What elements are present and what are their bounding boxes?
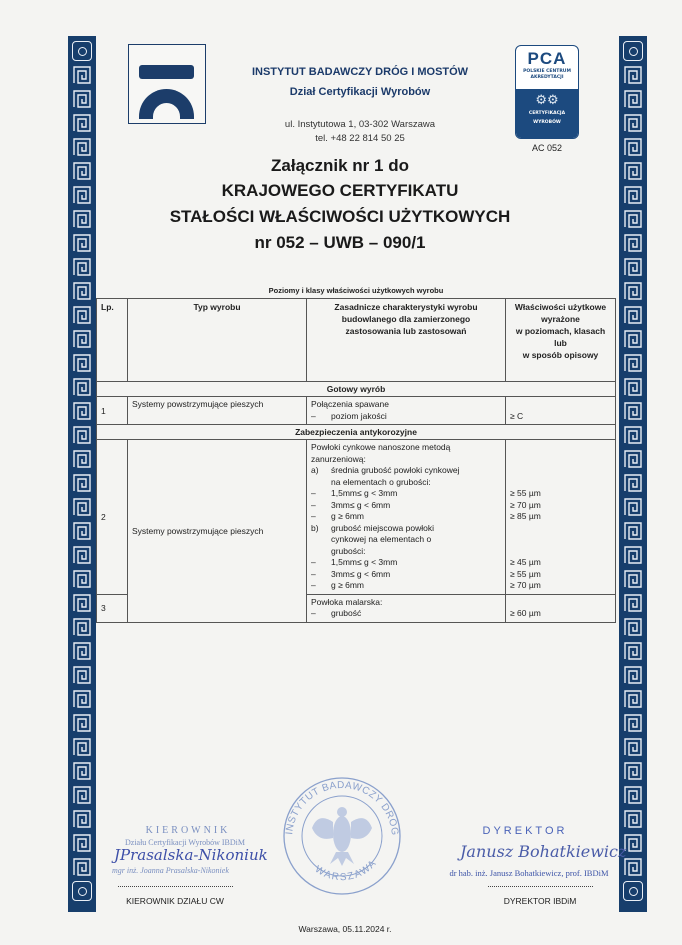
greek-key-icon — [623, 809, 643, 829]
greek-key-icon — [72, 377, 92, 397]
border-end-ornament-icon — [72, 881, 92, 901]
performance-value — [510, 465, 611, 477]
pca-logo-subtitle-2: AKREDYTACJI — [516, 75, 578, 81]
greek-key-icon — [623, 545, 643, 565]
table-section-header: Gotowy wyrób — [97, 382, 616, 397]
greek-key-icon — [623, 665, 643, 685]
greek-key-icon — [72, 305, 92, 325]
greek-key-icon — [72, 473, 92, 493]
right-signature-line — [488, 886, 593, 887]
right-stamp-name: dr hab. inż. Janusz Bohatkiewicz, prof. … — [444, 868, 614, 878]
title-line-2: KRAJOWEGO CERTYFIKATU — [130, 181, 550, 201]
greek-key-icon — [623, 305, 643, 325]
greek-key-icon — [72, 209, 92, 229]
greek-key-icon — [623, 497, 643, 517]
row-performance: ≥ C — [506, 397, 616, 425]
left-role: KIEROWNIK DZIAŁU CW — [110, 896, 240, 906]
left-signature: JPrasalska-Nikoniuk — [114, 846, 268, 864]
greek-key-icon — [72, 641, 92, 661]
greek-key-icon — [72, 737, 92, 757]
greek-key-icon — [623, 233, 643, 253]
table-caption: Poziomy i klasy właściwości użytkowych w… — [96, 286, 616, 295]
greek-key-icon — [72, 257, 92, 277]
pca-logo-lower-2: WYROBÓW — [516, 120, 578, 126]
performance-value — [510, 399, 611, 411]
performance-value: ≥ 60 µm — [510, 608, 611, 620]
greek-key-icon — [623, 473, 643, 493]
greek-key-icon — [623, 617, 643, 637]
pca-accreditation-logo: PCA POLSKIE CENTRUM AKREDYTACJI ⚙⚙ CERTY… — [515, 45, 579, 139]
row-lp: 3 — [97, 594, 128, 622]
greek-key-icon — [623, 425, 643, 445]
greek-key-icon — [72, 233, 92, 253]
greek-key-icon — [72, 593, 92, 613]
greek-key-icon — [623, 401, 643, 421]
greek-key-icon — [72, 329, 92, 349]
greek-key-icon — [72, 521, 92, 541]
greek-key-icon — [72, 857, 92, 877]
border-end-ornament-icon — [623, 881, 643, 901]
performance-value: ≥ 55 µm — [510, 569, 611, 581]
left-stamp-name: mgr inż. Joanna Prasalska-Nikoniek — [112, 866, 282, 875]
official-seal: INSTYTUT BADAWCZY DRÓG I MOSTÓW WARSZAWA — [278, 772, 406, 896]
performance-value — [510, 523, 611, 535]
logo-bar-shape — [139, 65, 194, 79]
greek-key-icon — [623, 785, 643, 805]
greek-key-icon — [623, 569, 643, 589]
title-line-3: STAŁOŚCI WŁAŚCIWOŚCI UŻYTKOWYCH — [130, 207, 550, 227]
greek-key-icon — [623, 257, 643, 277]
greek-key-icon — [623, 353, 643, 373]
performance-value — [510, 597, 611, 609]
greek-key-icon — [72, 665, 92, 685]
pca-logo-title: PCA — [516, 49, 578, 69]
border-end-ornament-icon — [72, 41, 92, 61]
greek-key-icon — [72, 137, 92, 157]
row-performance: ≥ 60 µm — [506, 594, 616, 622]
title-line-4: nr 052 – UWB – 090/1 — [130, 233, 550, 253]
greek-key-icon — [72, 89, 92, 109]
table-row: 2Systemy powstrzymujące pieszychPowłoki … — [97, 440, 616, 595]
greek-key-icon — [623, 521, 643, 541]
ibdim-logo — [128, 44, 206, 124]
decorative-border-right — [619, 36, 647, 912]
greek-key-icon — [623, 689, 643, 709]
greek-key-icon — [623, 65, 643, 85]
performance-value: ≥ 70 µm — [510, 580, 611, 592]
greek-key-icon — [623, 713, 643, 733]
performance-value: ≥ 45 µm — [510, 557, 611, 569]
greek-key-icon — [72, 761, 92, 781]
properties-table: Lp. Typ wyrobu Zasadnicze charakterystyk… — [96, 298, 616, 623]
greek-key-icon — [72, 425, 92, 445]
greek-key-icon — [72, 449, 92, 469]
greek-key-icon — [72, 353, 92, 373]
place-and-date: Warszawa, 05.11.2024 r. — [230, 924, 460, 934]
greek-key-icon — [623, 593, 643, 613]
performance-value: ≥ 70 µm — [510, 500, 611, 512]
greek-key-icon — [72, 401, 92, 421]
greek-key-icon — [623, 209, 643, 229]
table-section-header: Zabezpieczenia antykorozyjne — [97, 425, 616, 440]
greek-key-icon — [72, 689, 92, 709]
left-signature-line — [118, 886, 233, 887]
row-characteristics: Powłoki cynkowe nanoszone metodązanurzen… — [307, 440, 506, 595]
greek-key-icon — [623, 641, 643, 661]
performance-value: ≥ C — [510, 411, 611, 423]
greek-key-icon — [72, 617, 92, 637]
accreditation-code: AC 052 — [522, 143, 572, 153]
greek-key-icon — [72, 281, 92, 301]
performance-value — [510, 546, 611, 558]
header-characteristics: Zasadnicze charakterystyki wyrobu budowl… — [307, 299, 506, 382]
greek-key-icon — [623, 377, 643, 397]
greek-key-icon — [623, 449, 643, 469]
performance-value — [510, 442, 611, 454]
greek-key-icon — [623, 137, 643, 157]
performance-value — [510, 534, 611, 546]
header-lp: Lp. — [97, 299, 128, 382]
greek-key-icon — [623, 281, 643, 301]
section-title: Zabezpieczenia antykorozyjne — [97, 425, 616, 440]
greek-key-icon — [72, 65, 92, 85]
greek-key-icon — [72, 569, 92, 589]
greek-key-icon — [72, 713, 92, 733]
pca-logo-lower-1: CERTYFIKACJA — [516, 111, 578, 117]
row-type: Systemy powstrzymujące pieszych — [128, 440, 307, 623]
greek-key-icon — [623, 737, 643, 757]
performance-value: ≥ 85 µm — [510, 511, 611, 523]
greek-key-icon — [623, 185, 643, 205]
row-lp: 1 — [97, 397, 128, 425]
greek-key-icon — [72, 545, 92, 565]
row-performance: ≥ 55 µm≥ 70 µm≥ 85 µm ≥ 45 µm≥ 55 µm≥ 70… — [506, 440, 616, 595]
department-name: Dział Certyfikacji Wyrobów — [210, 86, 510, 98]
greek-key-icon — [623, 89, 643, 109]
greek-key-icon — [72, 497, 92, 517]
gears-icon: ⚙⚙ — [516, 93, 578, 108]
row-characteristics: Połączenia spawane–poziom jakości — [307, 397, 506, 425]
greek-key-icon — [623, 161, 643, 181]
row-type: Systemy powstrzymujące pieszych — [128, 397, 307, 425]
greek-key-icon — [72, 185, 92, 205]
title-line-1: Załącznik nr 1 do — [130, 156, 550, 176]
left-stamp-title: KIEROWNIK — [128, 825, 248, 836]
decorative-border-left — [68, 36, 96, 912]
institute-address: ul. Instytutowa 1, 03-302 Warszawa — [210, 119, 510, 130]
svg-text:WARSZAWA: WARSZAWA — [313, 857, 380, 883]
row-lp: 2 — [97, 440, 128, 595]
greek-key-icon — [72, 113, 92, 133]
institute-name: INSTYTUT BADAWCZY DRÓG I MOSTÓW — [210, 66, 510, 78]
table-row: 1Systemy powstrzymujące pieszychPołączen… — [97, 397, 616, 425]
performance-value — [510, 454, 611, 466]
header-performance: Właściwości użytkowe wyrażone w poziomac… — [506, 299, 616, 382]
row-characteristics: Powłoka malarska:–grubość — [307, 594, 506, 622]
header-type: Typ wyrobu — [128, 299, 307, 382]
greek-key-icon — [72, 833, 92, 853]
right-stamp-title: DYREKTOR — [480, 825, 570, 837]
greek-key-icon — [72, 161, 92, 181]
greek-key-icon — [72, 809, 92, 829]
performance-value — [510, 477, 611, 489]
greek-key-icon — [623, 761, 643, 781]
logo-arch-shape — [139, 89, 194, 119]
border-end-ornament-icon — [623, 41, 643, 61]
eagle-emblem — [312, 807, 372, 866]
greek-key-icon — [72, 785, 92, 805]
greek-key-icon — [623, 329, 643, 349]
section-title: Gotowy wyrób — [97, 382, 616, 397]
institute-phone: tel. +48 22 814 50 25 — [210, 133, 510, 144]
right-signature: Janusz Bohatkiewicz — [460, 842, 626, 861]
performance-value: ≥ 55 µm — [510, 488, 611, 500]
right-role: DYREKTOR IBDiM — [480, 896, 600, 906]
greek-key-icon — [623, 113, 643, 133]
